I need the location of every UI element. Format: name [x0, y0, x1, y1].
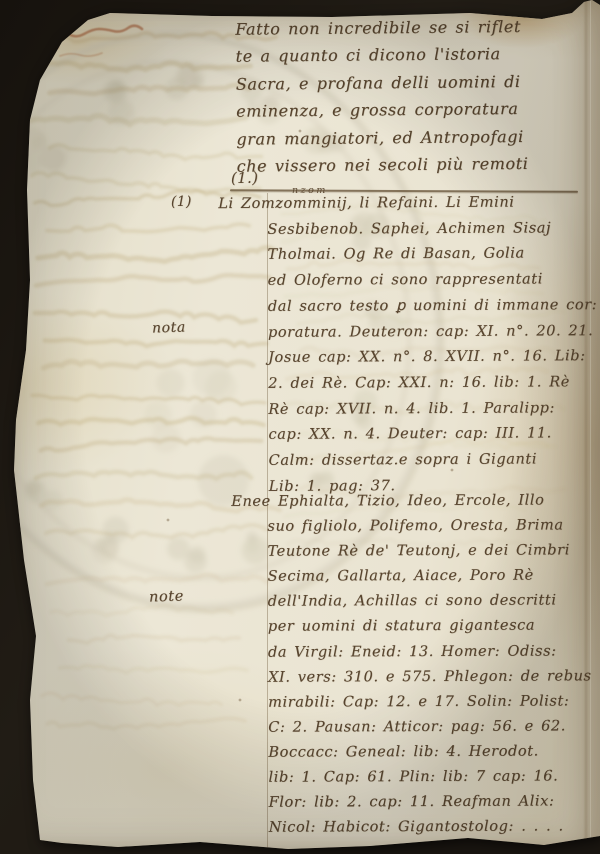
handwritten-line: Sacra, e profana delli uomini di: [236, 67, 592, 98]
faded-red-inscription: [52, 26, 142, 56]
manuscript-page-wrap: Fatto non incredibile se si riflette a q…: [0, 0, 600, 854]
margin-label-note: note: [149, 588, 184, 605]
handwritten-line: poratura. Deuteron: cap: XI. n°. 20. 21.: [268, 319, 592, 346]
handwritten-line: Tholmai. Og Re di Basan, Golia: [267, 242, 591, 269]
handwritten-line: lib: 1. Cap: 61. Plin: lib: 7 cap: 16.: [268, 764, 594, 791]
handwritten-line: Rè cap: XVII. n. 4. lib. 1. Paralipp:: [268, 396, 592, 423]
handwritten-line: Boccacc: Geneal: lib: 4. Herodot.: [268, 739, 594, 766]
handwritten-line: Flor: lib: 2. cap: 11. Reafman Alix:: [269, 789, 595, 816]
footnote-1-text: Li Zomzomminij, li Refaini. Li EminiSesb…: [267, 190, 593, 500]
handwritten-line: Secima, Gallarta, Aiace, Poro Rè: [268, 564, 594, 591]
handwritten-line: Nicol: Habicot: Gigantostolog: . . . .: [269, 815, 595, 842]
handwritten-line: mirabili: Cap: 12. e 17. Solin: Polist:: [268, 689, 594, 716]
handwritten-line: Li Zomzomminij, li Refaini. Li Emini: [218, 190, 591, 218]
handwritten-line: dell'India, Achillas ci sono descritti: [268, 589, 594, 616]
handwritten-line: XI. vers: 310. e 575. Phlegon: de rebus: [268, 664, 594, 691]
photograph-background: Fatto non incredibile se si riflette a q…: [0, 0, 600, 854]
handwritten-line: C: 2. Pausan: Atticor: pag: 56. e 62.: [268, 714, 594, 741]
handwritten-line: dal sacro testo ꝑ uomini di immane cor:: [268, 293, 592, 320]
handwritten-line: Calm: dissertaz.e sopra i Giganti: [269, 447, 593, 474]
handwritten-line: da Virgil: Eneid: 13. Homer: Odiss:: [268, 639, 594, 666]
handwritten-line: Enee Ephialta, Tizio, Ideo, Ercole, Illo: [231, 488, 593, 515]
main-paragraph: Fatto non incredibile se si riflette a q…: [235, 12, 593, 180]
handwritten-line: per uomini di statura gigantesca: [268, 614, 594, 641]
handwritten-line: te a quanto ci dicono l'istoria: [235, 40, 591, 71]
handwritten-line: gran mangiatori, ed Antropofagi: [236, 122, 592, 153]
footnote-2-text: Enee Ephialta, Tizio, Ideo, Ercole, Illo…: [267, 488, 595, 841]
handwritten-line: che vissero nei secoli più remoti: [237, 149, 593, 180]
handwritten-line: ed Oloferno ci sono rappresentati: [268, 267, 592, 294]
handwritten-line: eminenza, e grossa corporatura: [236, 95, 592, 126]
handwritten-line: Josue cap: XX. n°. 8. XVII. n°. 16. Lib:: [268, 344, 592, 371]
handwritten-line: Fatto non incredibile se si riflet: [235, 12, 591, 43]
footnote-reference-mark: (1.): [231, 171, 259, 187]
handwritten-line: 2. dei Rè. Cap: XXI. n: 16. lib: 1. Rè: [268, 370, 592, 397]
margin-label-nota: nota: [152, 319, 186, 336]
margin-footnote-number: (1): [171, 194, 192, 210]
handwritten-line: suo figliolo, Polifemo, Oresta, Brima: [267, 513, 593, 540]
handwritten-line: cap: XX. n. 4. Deuter: cap: III. 11.: [268, 421, 592, 448]
handwritten-line: Teutone Rè de' Teutonj, e dei Cimbri: [267, 538, 593, 565]
handwritten-line: Sesbibenob. Saphei, Achimen Sisaj: [267, 216, 591, 243]
manuscript-page: Fatto non incredibile se si riflette a q…: [0, 0, 600, 854]
